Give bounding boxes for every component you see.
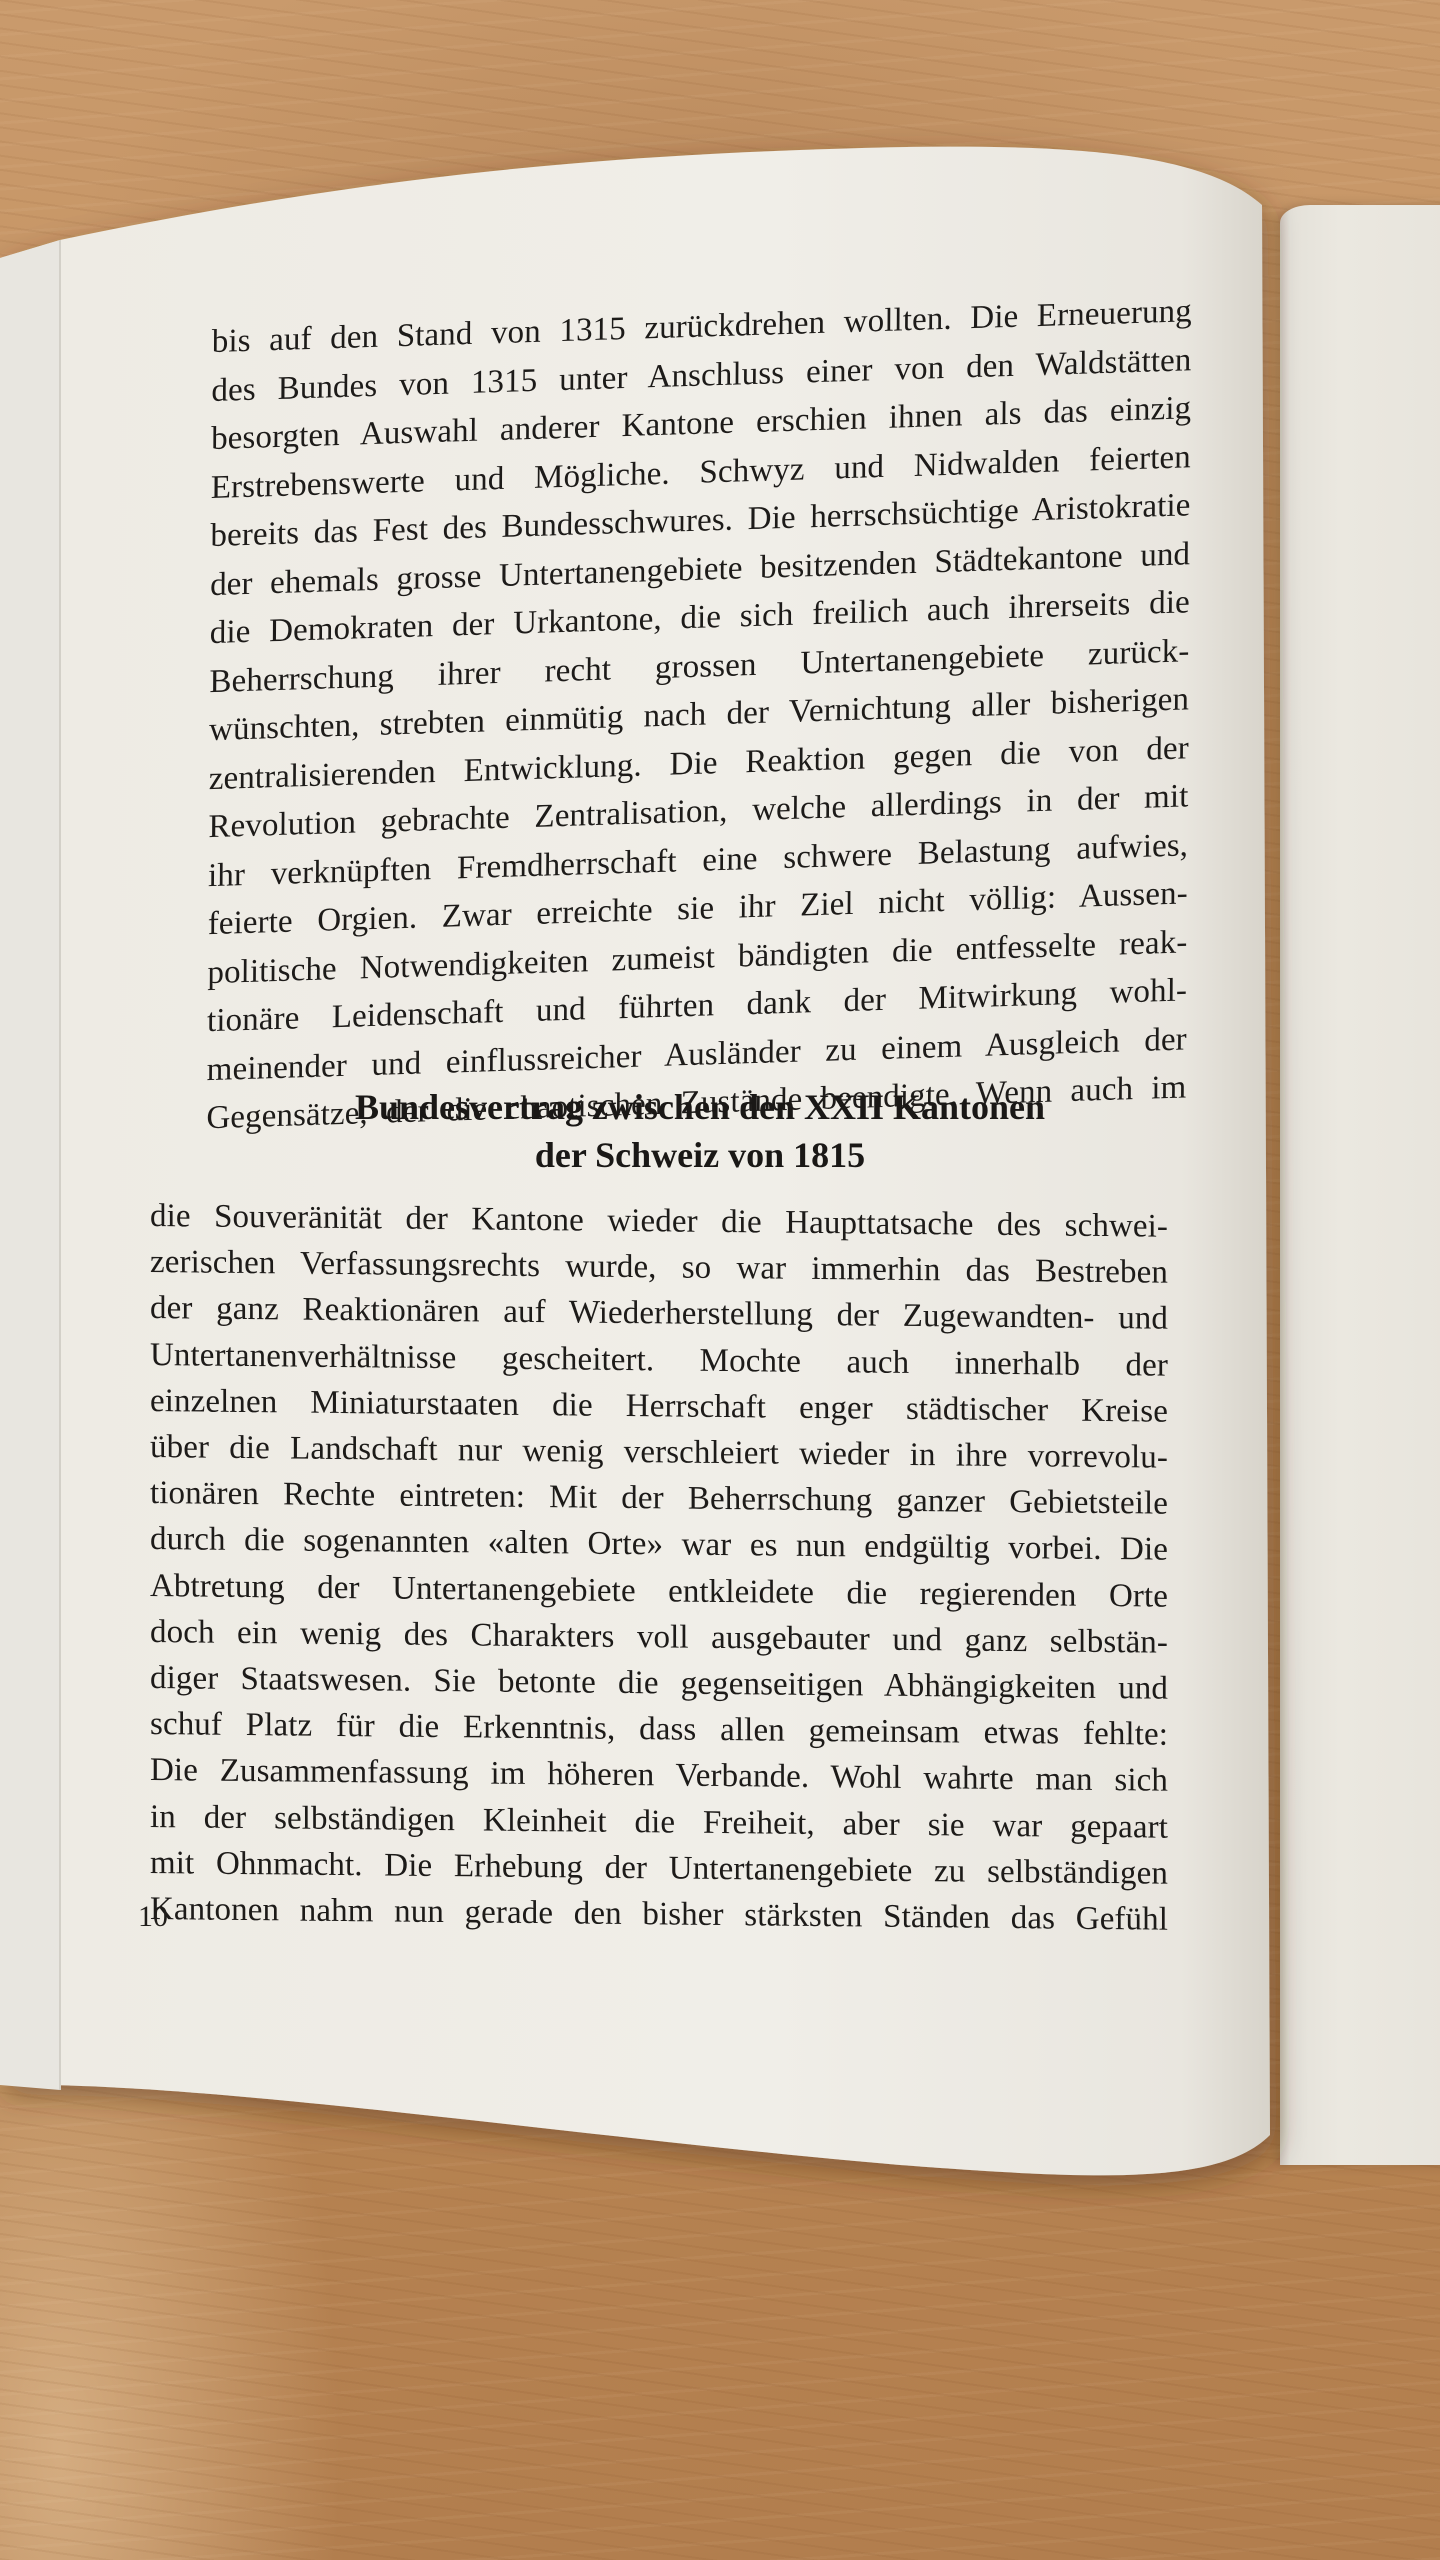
section-heading: Bundesvertrag zwischen den XXII Kantonen…	[260, 1083, 1140, 1179]
page-number: 10	[138, 1900, 168, 1934]
paragraph-top: bis auf den Stand von 1315 zurückdrehen …	[206, 287, 1192, 1143]
page-content: bis auf den Stand von 1315 zurückdrehen …	[0, 0, 1440, 2560]
heading-line-1: Bundesvertrag zwischen den XXII Kantonen	[260, 1083, 1140, 1131]
text-line: Kantonen nahm nun gerade den bisher stär…	[150, 1886, 1168, 1943]
paragraph-bottom: die Souveränität der Kantone wieder die …	[150, 1193, 1168, 1943]
heading-line-2: der Schweiz von 1815	[260, 1131, 1140, 1179]
